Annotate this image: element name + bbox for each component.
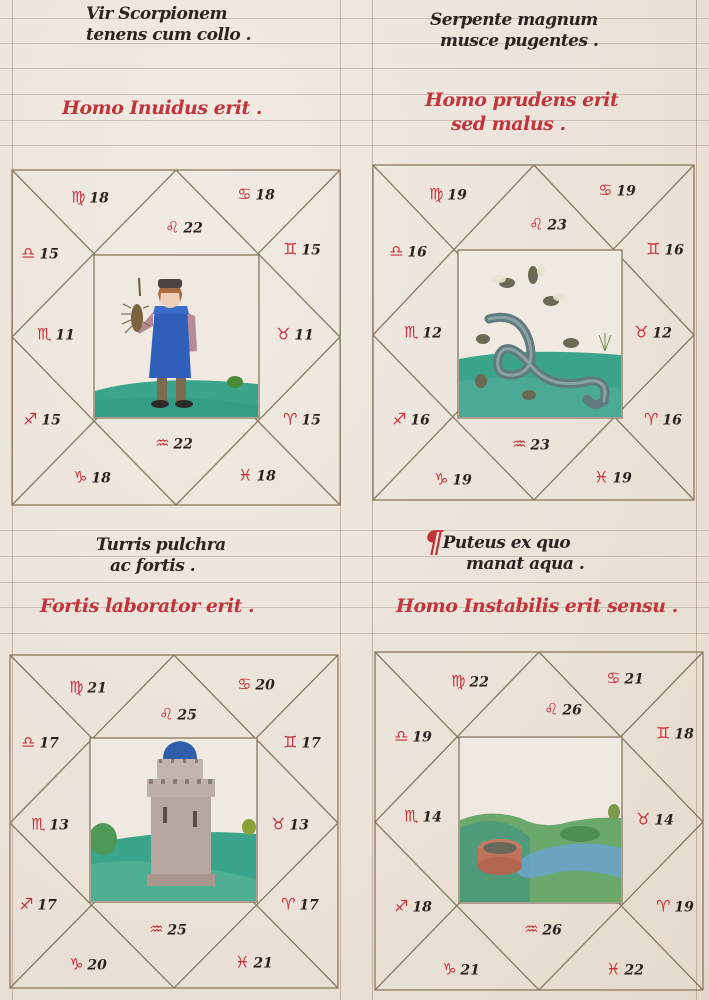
house-upper-right: ♊16 [646, 242, 684, 259]
verdict-line: Homo prudens erit [425, 88, 618, 112]
house-top-right: ♋20 [237, 677, 275, 694]
aquarius-icon: ♒ [524, 920, 538, 939]
cancer-icon: ♋ [598, 181, 612, 200]
horoscope-chart-scorpion: ♍18 ♌22 ♋18 ♎15 ♊15 ♏11 ♉11 ♐15 ♈15 ♒22 … [12, 170, 340, 505]
libra-icon: ♎ [21, 244, 35, 263]
capricorn-icon: ♑ [442, 960, 456, 979]
house-bottom-left: ♑19 [434, 472, 472, 489]
verdict-serpent: Homo prudens erit sed malus . [425, 88, 618, 136]
house-lower-right: ♈16 [644, 412, 682, 429]
aries-icon: ♈ [644, 410, 658, 429]
capricorn-icon: ♑ [69, 955, 83, 974]
libra-icon: ♎ [21, 733, 35, 752]
verdict-line: Fortis laborator erit . [40, 594, 254, 618]
house-mid-right: ♉11 [276, 327, 314, 344]
aquarius-icon: ♒ [155, 434, 169, 453]
libra-icon: ♎ [394, 727, 408, 746]
house-lower-left: ♐18 [394, 899, 432, 916]
sagittarius-icon: ♐ [19, 895, 33, 914]
motto-line: ¶Puteus ex quo [424, 532, 584, 554]
motto-line: Serpente magnum [430, 10, 598, 31]
house-lower-right: ♈17 [281, 897, 319, 914]
illustration-serpent-with-flies [459, 251, 621, 417]
verdict-line: Homo Inuidus erit . [62, 96, 262, 120]
pisces-icon: ♓ [606, 960, 620, 979]
motto-line: manat aqua . [424, 554, 584, 575]
illustration-round-tower [91, 739, 256, 901]
house-bottom-center: ♒26 [524, 922, 562, 939]
house-upper-left: ♎16 [389, 244, 427, 261]
aries-icon: ♈ [281, 895, 295, 914]
motto-line: Turris pulchra [96, 535, 226, 556]
taurus-icon: ♉ [634, 323, 648, 342]
aquarius-icon: ♒ [512, 435, 526, 454]
house-upper-left: ♎17 [21, 735, 59, 752]
aries-icon: ♈ [283, 410, 297, 429]
motto-serpent: Serpente magnum musce pugentes . [430, 10, 598, 52]
illustration-man-holding-scorpion [95, 256, 258, 417]
aquarius-icon: ♒ [149, 920, 163, 939]
house-mid-left: ♏14 [404, 809, 442, 826]
house-top-left: ♍18 [71, 190, 109, 207]
motto-scorpion: Vir Scorpionem tenens cum collo . [86, 4, 251, 46]
house-top-right: ♋21 [606, 671, 644, 688]
leo-icon: ♌ [159, 705, 173, 724]
house-upper-left: ♎15 [21, 246, 59, 263]
virgo-icon: ♍ [69, 678, 83, 697]
sagittarius-icon: ♐ [394, 897, 408, 916]
house-bottom-right: ♓21 [235, 955, 273, 972]
motto-line: musce pugentes . [430, 31, 598, 52]
house-lower-left: ♐16 [392, 412, 430, 429]
taurus-icon: ♉ [271, 815, 285, 834]
house-lower-left: ♐17 [19, 897, 57, 914]
virgo-icon: ♍ [71, 188, 85, 207]
cancer-icon: ♋ [606, 669, 620, 688]
leo-icon: ♌ [544, 700, 558, 719]
pisces-icon: ♓ [594, 468, 608, 487]
house-top-center: ♌23 [529, 217, 567, 234]
horoscope-chart-serpent: ♍19 ♌23 ♋19 ♎16 ♊16 ♏12 ♉12 ♐16 ♈16 ♒23 … [373, 165, 694, 500]
house-top-right: ♋18 [237, 187, 275, 204]
scorpio-icon: ♏ [404, 323, 418, 342]
virgo-icon: ♍ [429, 185, 443, 204]
verdict-tower: Fortis laborator erit . [40, 594, 254, 618]
house-top-center: ♌25 [159, 707, 197, 724]
illustration-well-by-stream [460, 738, 621, 902]
house-upper-left: ♎19 [394, 729, 432, 746]
house-top-right: ♋19 [598, 183, 636, 200]
house-upper-right: ♊15 [283, 242, 321, 259]
horoscope-chart-well: ♍22 ♌26 ♋21 ♎19 ♊18 ♏14 ♉14 ♐18 ♈19 ♒26 … [375, 652, 703, 990]
capricorn-icon: ♑ [434, 470, 448, 489]
pisces-icon: ♓ [235, 953, 249, 972]
house-top-center: ♌26 [544, 702, 582, 719]
scorpio-icon: ♏ [31, 815, 45, 834]
verdict-well: Homo Instabilis erit sensu . [396, 594, 678, 618]
gemini-icon: ♊ [283, 733, 297, 752]
taurus-icon: ♉ [636, 810, 650, 829]
house-bottom-center: ♒22 [155, 436, 193, 453]
leo-icon: ♌ [529, 215, 543, 234]
leo-icon: ♌ [165, 218, 179, 237]
cancer-icon: ♋ [237, 675, 251, 694]
verdict-line: Homo Instabilis erit sensu . [396, 594, 678, 618]
motto-tower: Turris pulchra ac fortis . [96, 535, 226, 577]
libra-icon: ♎ [389, 242, 403, 261]
house-top-left: ♍22 [451, 674, 489, 691]
house-mid-left: ♏11 [37, 327, 75, 344]
house-bottom-right: ♓18 [238, 468, 276, 485]
aries-icon: ♈ [656, 897, 670, 916]
house-mid-left: ♏12 [404, 325, 442, 342]
verdict-scorpion: Homo Inuidus erit . [62, 96, 262, 120]
virgo-icon: ♍ [451, 672, 465, 691]
taurus-icon: ♉ [276, 325, 290, 344]
house-bottom-center: ♒25 [149, 922, 187, 939]
house-mid-right: ♉12 [634, 325, 672, 342]
scorpio-icon: ♏ [404, 807, 418, 826]
house-upper-right: ♊18 [656, 726, 694, 743]
house-bottom-center: ♒23 [512, 437, 550, 454]
pisces-icon: ♓ [238, 466, 252, 485]
house-bottom-right: ♓22 [606, 962, 644, 979]
house-upper-right: ♊17 [283, 735, 321, 752]
house-bottom-right: ♓19 [594, 470, 632, 487]
gemini-icon: ♊ [656, 724, 670, 743]
sagittarius-icon: ♐ [392, 410, 406, 429]
house-lower-right: ♈15 [283, 412, 321, 429]
house-lower-right: ♈19 [656, 899, 694, 916]
sagittarius-icon: ♐ [23, 410, 37, 429]
scorpio-icon: ♏ [37, 325, 51, 344]
house-bottom-left: ♑18 [73, 470, 111, 487]
motto-line: ac fortis . [96, 556, 226, 577]
gemini-icon: ♊ [283, 240, 297, 259]
house-mid-right: ♉13 [271, 817, 309, 834]
motto-line: tenens cum collo . [86, 25, 251, 46]
motto-well: ¶Puteus ex quo manat aqua . [424, 532, 584, 575]
house-mid-right: ♉14 [636, 812, 674, 829]
house-lower-left: ♐15 [23, 412, 61, 429]
house-top-left: ♍21 [69, 680, 107, 697]
house-bottom-left: ♑20 [69, 957, 107, 974]
house-top-center: ♌22 [165, 220, 203, 237]
pilcrow-initial: ¶ [424, 525, 443, 560]
cancer-icon: ♋ [237, 185, 251, 204]
verdict-line: sed malus . [425, 112, 618, 136]
horoscope-chart-tower: ♍21 ♌25 ♋20 ♎17 ♊17 ♏13 ♉13 ♐17 ♈17 ♒25 … [10, 655, 338, 988]
house-top-left: ♍19 [429, 187, 467, 204]
house-mid-left: ♏13 [31, 817, 69, 834]
motto-line: Vir Scorpionem [86, 4, 251, 25]
gemini-icon: ♊ [646, 240, 660, 259]
house-bottom-left: ♑21 [442, 962, 480, 979]
capricorn-icon: ♑ [73, 468, 87, 487]
